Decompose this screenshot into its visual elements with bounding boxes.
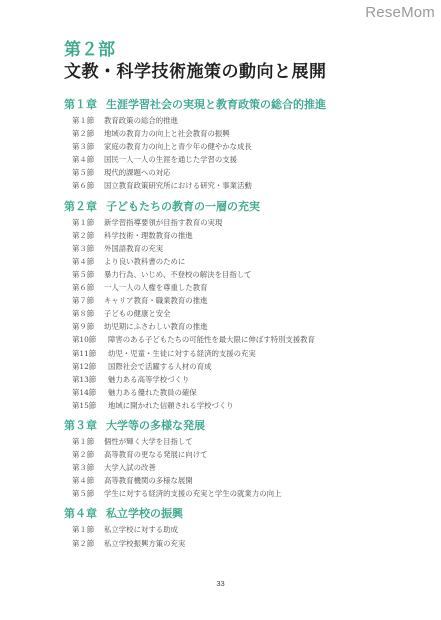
chapter-heading: 第２章子どもたちの教育の一層の充実 <box>64 199 404 215</box>
section-item: 第１節新学習指導要領が目指す教育の実現 <box>64 216 404 229</box>
section-item: 第２節地域の教育力の向上と社会教育の振興 <box>64 127 404 140</box>
section-number: 第１節 <box>72 114 104 127</box>
section-item: 第13節魅力ある高等学校づくり <box>64 373 404 386</box>
section-number: 第６節 <box>72 281 104 294</box>
section-item: 第３節大学入試の改善 <box>64 461 404 474</box>
section-item: 第４節国民一人一人の生涯を通じた学習の支援 <box>64 153 404 166</box>
chapter-1: 第１章生涯学習社会の実現と教育政策の総合的推進 第１節教育政策の総合的推進 第２… <box>64 97 404 193</box>
section-item: 第４節より良い教科書のために <box>64 255 404 268</box>
section-title: キャリア教育・職業教育の推進 <box>104 296 207 305</box>
section-number: 第11節 <box>72 347 108 360</box>
section-title: 家庭の教育力の向上と青少年の健やかな成長 <box>104 142 252 151</box>
section-title: 学生に対する経済的支援の充実と学生の就業力の向上 <box>104 489 281 498</box>
section-number: 第15節 <box>72 399 108 412</box>
section-item: 第10節障害のある子どもたちの可能性を最大限に伸ばす特別支援教育 <box>64 333 404 346</box>
section-number: 第９節 <box>72 320 104 333</box>
section-item: 第２節科学技術・理数教育の推進 <box>64 229 404 242</box>
section-number: 第５節 <box>72 268 104 281</box>
section-number: 第１節 <box>72 216 104 229</box>
section-number: 第３節 <box>72 140 104 153</box>
chapter-heading: 第４章私立学校の振興 <box>64 506 404 522</box>
section-number: 第２節 <box>72 448 104 461</box>
section-number: 第８節 <box>72 307 104 320</box>
section-number: 第10節 <box>72 333 108 346</box>
section-item: 第８節子どもの健康と安全 <box>64 307 404 320</box>
chapter-3: 第３章大学等の多様な発展 第１節個性が輝く大学を目指して 第２節高等教育の更なる… <box>64 418 404 500</box>
section-title: 高等教育の更なる発展に向けて <box>104 450 207 459</box>
section-title: 子どもの健康と安全 <box>104 309 171 318</box>
chapter-title: 生涯学習社会の実現と教育政策の総合的推進 <box>106 98 326 111</box>
section-item: 第９節幼児期にふさわしい教育の推進 <box>64 320 404 333</box>
chapter-4: 第４章私立学校の振興 第１節私立学校に対する助成 第２節私立学校振興方策の充実 <box>64 506 404 549</box>
part-title: 文教・科学技術施策の動向と展開 <box>64 61 327 83</box>
section-title: より良い教科書のために <box>104 257 185 266</box>
section-item: 第15節地域に開かれた信頼される学校づくり <box>64 399 404 412</box>
section-number: 第６節 <box>72 179 104 192</box>
section-item: 第５節現代的課題への対応 <box>64 166 404 179</box>
section-item: 第２節私立学校振興方策の充実 <box>64 537 404 550</box>
chapter-number: 第３章 <box>64 418 106 434</box>
chapter-heading: 第３章大学等の多様な発展 <box>64 418 404 434</box>
section-item: 第３節外国語教育の充実 <box>64 242 404 255</box>
section-item: 第６節一人一人の人権を尊重した教育 <box>64 281 404 294</box>
section-title: 私立学校に対する助成 <box>104 525 178 534</box>
section-title: 科学技術・理数教育の推進 <box>104 231 193 240</box>
section-title: 国際社会で活躍する人材の育成 <box>108 362 211 371</box>
section-number: 第２節 <box>72 229 104 242</box>
section-title: 現代的課題への対応 <box>104 168 171 177</box>
section-item: 第１節私立学校に対する助成 <box>64 523 404 536</box>
section-number: 第５節 <box>72 487 104 500</box>
section-number: 第５節 <box>72 166 104 179</box>
page-number: 33 <box>0 579 441 588</box>
chapter-title: 私立学校の振興 <box>106 507 183 520</box>
section-title: 国立教育政策研究所における研究・事業活動 <box>104 181 252 190</box>
section-title: 暴力行為、いじめ、不登校の解決を目指して <box>104 270 252 279</box>
chapter-heading: 第１章生涯学習社会の実現と教育政策の総合的推進 <box>64 97 404 113</box>
section-title: 新学習指導要領が目指す教育の実現 <box>104 218 222 227</box>
section-title: 幼児・児童・生徒に対する経済的支援の充実 <box>108 349 256 358</box>
section-item: 第14節魅力ある優れた教員の確保 <box>64 386 404 399</box>
chapter-number: 第４章 <box>64 506 106 522</box>
section-title: 私立学校振興方策の充実 <box>104 539 185 548</box>
section-item: 第５節学生に対する経済的支援の充実と学生の就業力の向上 <box>64 487 404 500</box>
chapter-number: 第２章 <box>64 199 106 215</box>
resemom-logo: ReseMom <box>365 4 435 21</box>
chapter-title: 子どもたちの教育の一層の充実 <box>106 200 260 213</box>
part-label: 第２部 <box>64 40 115 60</box>
section-item: 第７節キャリア教育・職業教育の推進 <box>64 294 404 307</box>
section-title: 個性が輝く大学を目指して <box>104 437 193 446</box>
section-item: 第４節高等教育機関の多様な展開 <box>64 474 404 487</box>
chapter-title: 大学等の多様な発展 <box>106 419 205 432</box>
section-number: 第４節 <box>72 474 104 487</box>
section-title: 魅力ある高等学校づくり <box>108 375 189 384</box>
section-number: 第１節 <box>72 435 104 448</box>
section-number: 第12節 <box>72 360 108 373</box>
section-item: 第１節個性が輝く大学を目指して <box>64 435 404 448</box>
section-title: 大学入試の改善 <box>104 463 156 472</box>
section-title: 一人一人の人権を尊重した教育 <box>104 283 207 292</box>
chapter-2: 第２章子どもたちの教育の一層の充実 第１節新学習指導要領が目指す教育の実現 第２… <box>64 199 404 412</box>
section-title: 地域の教育力の向上と社会教育の振興 <box>104 129 230 138</box>
section-number: 第３節 <box>72 242 104 255</box>
section-title: 国民一人一人の生涯を通じた学習の支援 <box>104 155 237 164</box>
section-number: 第７節 <box>72 294 104 307</box>
section-number: 第14節 <box>72 386 108 399</box>
section-title: 外国語教育の充実 <box>104 244 163 253</box>
section-number: 第２節 <box>72 537 104 550</box>
section-item: 第１節教育政策の総合的推進 <box>64 114 404 127</box>
section-number: 第４節 <box>72 153 104 166</box>
table-of-contents: 第１章生涯学習社会の実現と教育政策の総合的推進 第１節教育政策の総合的推進 第２… <box>64 97 404 556</box>
section-item: 第６節国立教育政策研究所における研究・事業活動 <box>64 179 404 192</box>
section-item: 第３節家庭の教育力の向上と青少年の健やかな成長 <box>64 140 404 153</box>
section-title: 地域に開かれた信頼される学校づくり <box>108 401 234 410</box>
section-title: 魅力ある優れた教員の確保 <box>108 388 197 397</box>
section-title: 障害のある子どもたちの可能性を最大限に伸ばす特別支援教育 <box>108 335 315 344</box>
section-item: 第５節暴力行為、いじめ、不登校の解決を目指して <box>64 268 404 281</box>
section-number: 第４節 <box>72 255 104 268</box>
section-item: 第２節高等教育の更なる発展に向けて <box>64 448 404 461</box>
section-number: 第３節 <box>72 461 104 474</box>
section-number: 第１節 <box>72 523 104 536</box>
section-number: 第２節 <box>72 127 104 140</box>
section-title: 高等教育機関の多様な展開 <box>104 476 193 485</box>
section-item: 第11節幼児・児童・生徒に対する経済的支援の充実 <box>64 347 404 360</box>
section-item: 第12節国際社会で活躍する人材の育成 <box>64 360 404 373</box>
section-number: 第13節 <box>72 373 108 386</box>
chapter-number: 第１章 <box>64 97 106 113</box>
section-title: 幼児期にふさわしい教育の推進 <box>104 322 207 331</box>
section-title: 教育政策の総合的推進 <box>104 116 178 125</box>
